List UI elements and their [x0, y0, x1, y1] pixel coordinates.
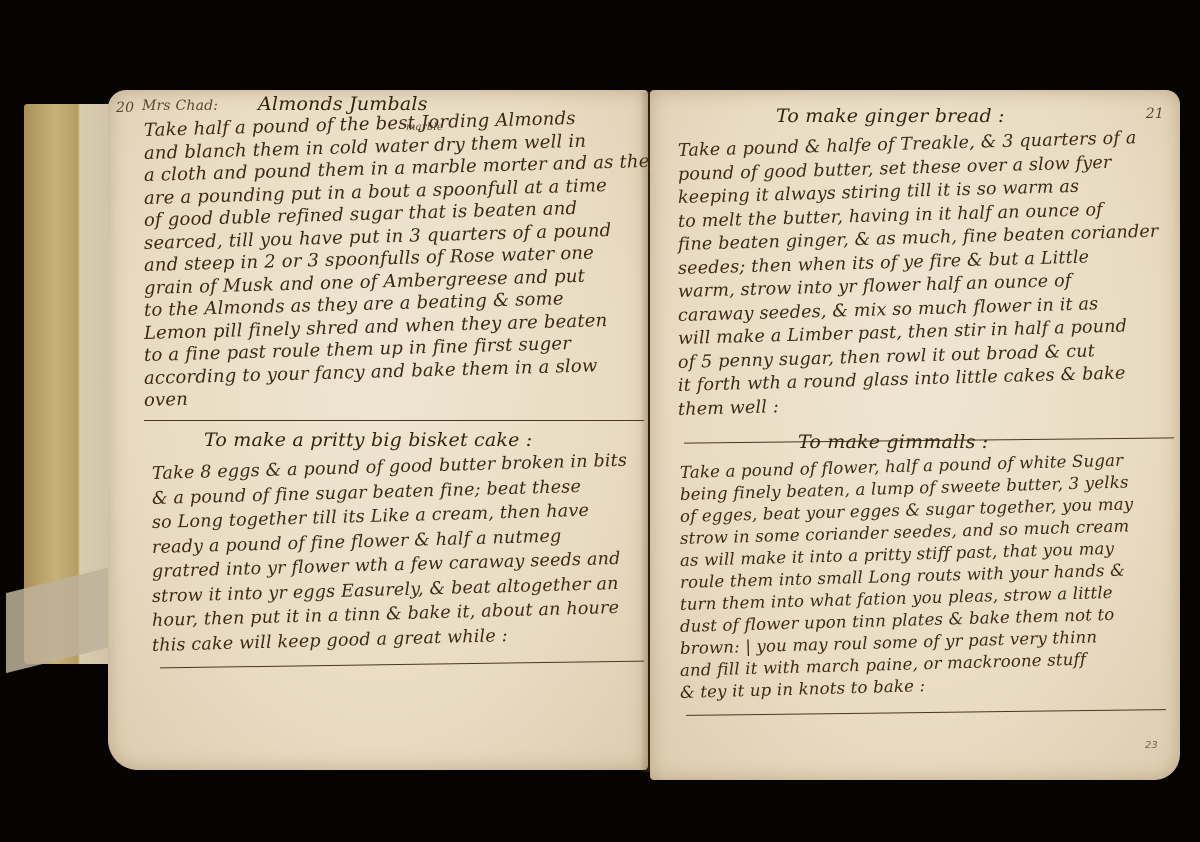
folio-number-right: 21 [1146, 102, 1164, 126]
recipe-title-ginger-bread: To make ginger bread : [776, 104, 1005, 128]
section-divider [160, 661, 644, 669]
folio-number-left: 20 [116, 96, 134, 120]
page-stamp-number: 23 [1145, 734, 1158, 758]
left-page: 20 Mrs Chad: Almonds Jumbals marble Take… [108, 90, 648, 770]
recipe-body-almond-jumbals: Take half a pound of the best Jording Al… [144, 120, 660, 413]
recipe-title-gimmalls: To make gimmalls : [798, 430, 988, 454]
recipe-body-ginger-bread: Take a pound & halfe of Treakle, & 3 qua… [678, 140, 1159, 422]
section-divider [144, 420, 644, 421]
recipe-title-bisket-cake: To make a pritty big bisket cake : [204, 428, 532, 452]
section-divider [686, 709, 1166, 716]
recipe-body-bisket-cake: Take 8 eggs & a pound of good butter bro… [152, 462, 627, 658]
right-page: 21 To make ginger bread : Take a pound &… [650, 90, 1180, 780]
recipe-attribution: Mrs Chad: [142, 94, 218, 118]
recipe-body-gimmalls: Take a pound of flower, half a pound of … [680, 462, 1133, 704]
